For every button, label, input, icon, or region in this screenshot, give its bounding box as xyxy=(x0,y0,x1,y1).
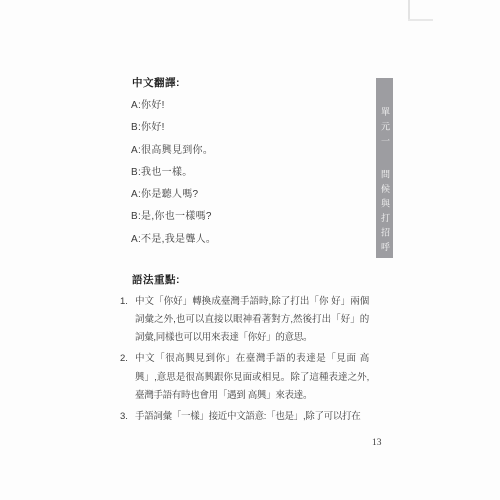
book-page: 單元一問候與打招呼 中文翻譯: A:你好! B:你好! A:很高興見到你。 B:… xyxy=(0,0,500,500)
dialogue-line: A:你是聽人嗎? xyxy=(131,184,216,206)
dialogue-line: A:很高興見到你。 xyxy=(131,140,216,162)
unit-tab-number: 單元一 xyxy=(380,107,390,151)
unit-side-tab: 單元一問候與打招呼 xyxy=(376,78,393,258)
point-text: 手語詞彙「一樣」接近中文語意:「也是」,除了可以打在 xyxy=(135,408,369,426)
translation-heading: 中文翻譯: xyxy=(132,75,180,90)
point-text: 中文「很高興見到你」在臺灣手語的表達是「見面 高興」,意思是很高興跟你見面或相見… xyxy=(135,350,369,405)
grammar-points-list: 1. 中文「你好」轉換成臺灣手語時,除了打出「你 好」兩個詞彙之外,也可以直接以… xyxy=(120,293,369,429)
trim-mark-horizontal xyxy=(408,19,433,21)
grammar-point: 2. 中文「很高興見到你」在臺灣手語的表達是「見面 高興」,意思是很高興跟你見面… xyxy=(120,350,369,405)
dialogue-block: A:你好! B:你好! A:很高興見到你。 B:我也一樣。 A:你是聽人嗎? B… xyxy=(131,95,216,251)
unit-tab-title: 問候與打招呼 xyxy=(380,170,390,257)
trim-mark-vertical xyxy=(408,0,410,20)
page-number: 13 xyxy=(372,438,382,448)
dialogue-line: A:不是,我是聾人。 xyxy=(131,229,216,251)
point-number: 3. xyxy=(120,408,135,426)
grammar-point: 1. 中文「你好」轉換成臺灣手語時,除了打出「你 好」兩個詞彙之外,也可以直接以… xyxy=(120,293,369,348)
dialogue-line: B:你好! xyxy=(131,117,216,139)
dialogue-line: A:你好! xyxy=(131,95,216,117)
dialogue-line: B:我也一樣。 xyxy=(131,162,216,184)
point-number: 1. xyxy=(120,293,135,348)
grammar-point: 3. 手語詞彙「一樣」接近中文語意:「也是」,除了可以打在 xyxy=(120,408,369,426)
point-number: 2. xyxy=(120,350,135,405)
dialogue-line: B:是,你也一樣嗎? xyxy=(131,206,216,228)
point-text: 中文「你好」轉換成臺灣手語時,除了打出「你 好」兩個詞彙之外,也可以直接以眼神看… xyxy=(135,293,369,348)
grammar-heading: 語法重點: xyxy=(132,272,180,287)
